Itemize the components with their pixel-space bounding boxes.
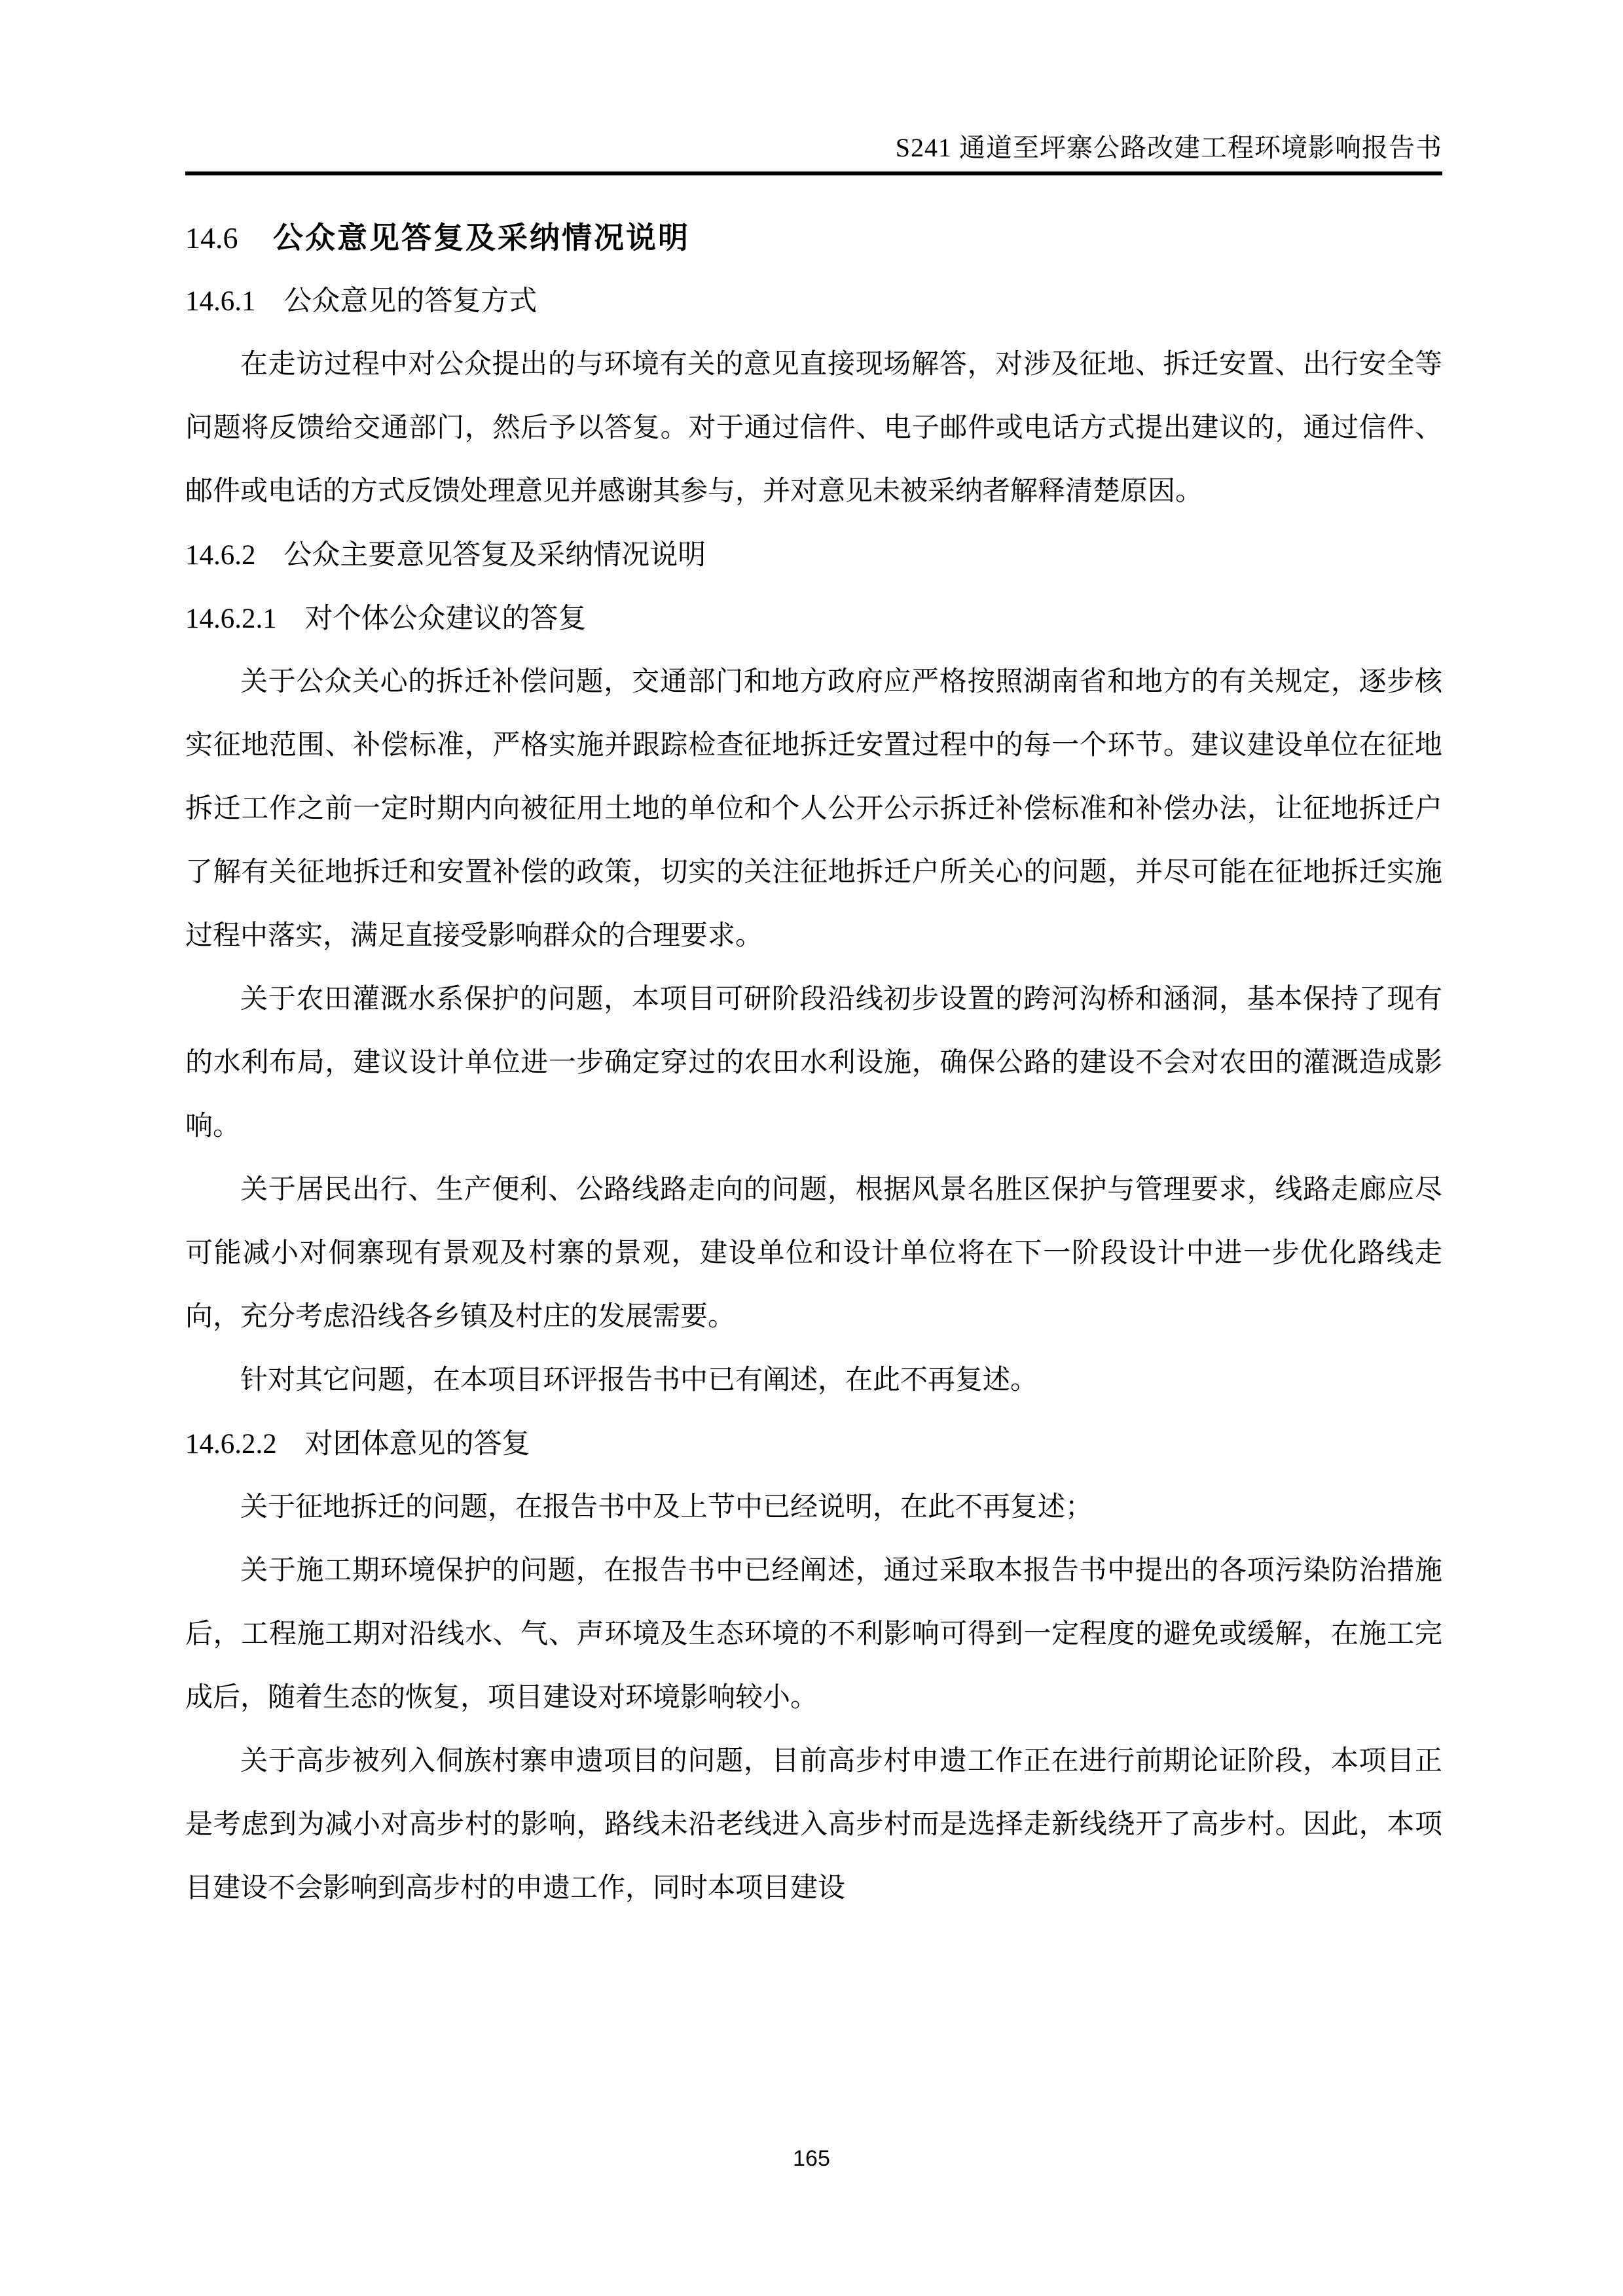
page-number: 165 [0, 2145, 1623, 2172]
heading-number: 14.6.2 [185, 540, 256, 571]
section-heading-14-6-2-1: 14.6.2.1 对个体公众建议的答复 [185, 587, 1442, 651]
heading-label: 对团体意见的答复 [305, 1429, 530, 1460]
heading-label: 公众意见的答复方式 [283, 286, 537, 317]
heading-label: 公众主要意见答复及采纳情况说明 [283, 540, 706, 571]
heading-number: 14.6.1 [185, 286, 256, 317]
heading-label: 对个体公众建议的答复 [305, 603, 587, 634]
body-paragraph: 关于公众关心的拆迁补偿问题，交通部门和地方政府应严格按照湖南省和地方的有关规定，… [185, 651, 1442, 968]
body-paragraph: 针对其它问题，在本项目环评报告书中已有阐述，在此不再复述。 [185, 1349, 1442, 1412]
document-content: 14.6 公众意见答复及采纳情况说明 14.6.1 公众意见的答复方式 在走访过… [185, 206, 1442, 1920]
document-page: S241 通道至坪寨公路改建工程环境影响报告书 14.6 公众意见答复及采纳情况… [0, 0, 1623, 2296]
body-paragraph: 关于居民出行、生产便利、公路线路走向的问题，根据风景名胜区保护与管理要求，线路走… [185, 1158, 1442, 1349]
body-paragraph: 在走访过程中对公众提出的与环境有关的意见直接现场解答，对涉及征地、拆迁安置、出行… [185, 333, 1442, 524]
body-paragraph: 关于农田灌溉水系保护的问题，本项目可研阶段沿线初步设置的跨河沟桥和涵洞，基本保持… [185, 968, 1442, 1158]
heading-number: 14.6.2.2 [185, 1429, 277, 1460]
body-paragraph: 关于施工期环境保护的问题，在报告书中已经阐述，通过采取本报告书中提出的各项污染防… [185, 1539, 1442, 1730]
body-paragraph: 关于征地拆迁的问题，在报告书中及上节中已经说明，在此不再复述； [185, 1476, 1442, 1539]
section-heading-14-6-1: 14.6.1 公众意见的答复方式 [185, 270, 1442, 333]
section-heading-14-6-2-2: 14.6.2.2 对团体意见的答复 [185, 1412, 1442, 1476]
section-heading-14-6: 14.6 公众意见答复及采纳情况说明 [185, 206, 1442, 270]
body-paragraph: 关于高步被列入侗族村寨申遗项目的问题，目前高步村申遗工作正在进行前期论证阶段，本… [185, 1730, 1442, 1920]
heading-number: 14.6 [185, 221, 238, 255]
heading-number: 14.6.2.1 [185, 603, 277, 634]
header-rule [185, 171, 1442, 175]
heading-label: 公众意见答复及采纳情况说明 [273, 221, 690, 255]
section-heading-14-6-2: 14.6.2 公众主要意见答复及采纳情况说明 [185, 524, 1442, 587]
page-header-title: S241 通道至坪寨公路改建工程环境影响报告书 [185, 131, 1442, 165]
